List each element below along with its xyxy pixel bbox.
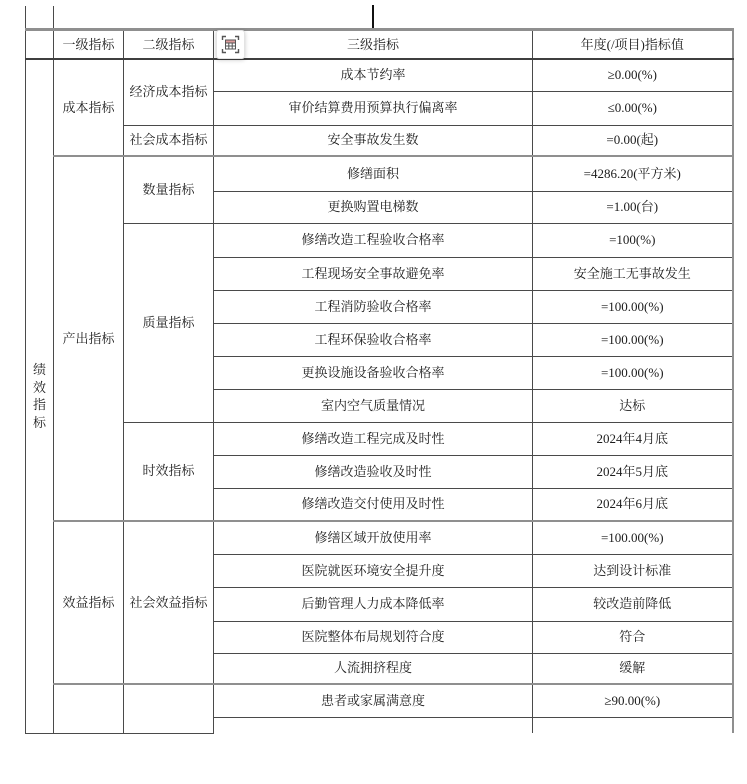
table-select-glyph [221,35,240,54]
table-row: 产出指标 数量指标 修缮面积 =4286.20(平方米) [26,156,733,191]
indicator-cell: 人流拥挤程度 [214,653,533,684]
level1-cell: 成本指标 [54,59,124,156]
indicator-cell: 修缮区域开放使用率 [214,521,533,554]
level1-cell: 产出指标 [54,156,124,521]
value-cell: 达标 [533,389,733,422]
table-select-icon[interactable] [216,30,245,59]
indicator-cell-empty [214,717,533,733]
table-row: 患者或家属满意度 ≥90.00(%) [26,684,733,717]
indicator-cell: 修缮改造工程完成及时性 [214,422,533,455]
level2-cell: 数量指标 [124,156,214,223]
level2-cell [124,684,214,733]
value-cell: 符合 [533,621,733,653]
value-cell: ≤0.00(%) [533,91,733,125]
indicator-cell: 更换购置电梯数 [214,191,533,223]
indicator-cell: 后勤管理人力成本降低率 [214,587,533,621]
header-cell-level1: 一级指标 [54,30,124,60]
value-cell: =100.00(%) [533,323,733,356]
document-page: 一级指标 二级指标 三级指标 年度(/项目)指标值 绩效 指标 成本指标 经济成… [0,0,747,784]
indicator-cell: 修缮面积 [214,156,533,191]
indicator-cell: 患者或家属满意度 [214,684,533,717]
spanning-label-cell: 绩效 指标 [26,59,54,733]
indicator-cell: 修缮改造验收及时性 [214,455,533,488]
value-cell: =100.00(%) [533,356,733,389]
level1-cell [54,684,124,733]
header-cell-level2: 二级指标 [124,30,214,60]
value-cell: 缓解 [533,653,733,684]
value-cell: 2024年5月底 [533,455,733,488]
value-cell: =100(%) [533,223,733,257]
value-cell: =0.00(起) [533,125,733,156]
indicator-cell: 成本节约率 [214,59,533,91]
value-cell: 较改造前降低 [533,587,733,621]
value-cell: 安全施工无事故发生 [533,257,733,290]
indicator-cell: 修缮改造工程验收合格率 [214,223,533,257]
indicator-cell: 工程环保验收合格率 [214,323,533,356]
value-cell: =100.00(%) [533,290,733,323]
value-cell-empty [533,717,733,733]
table-row: 效益指标 社会效益指标 修缮区域开放使用率 =100.00(%) [26,521,733,554]
performance-indicator-table: 一级指标 二级指标 三级指标 年度(/项目)指标值 绩效 指标 成本指标 经济成… [25,28,734,734]
value-cell: 2024年6月底 [533,488,733,521]
indicator-cell: 医院就医环境安全提升度 [214,554,533,587]
indicator-cell: 安全事故发生数 [214,125,533,156]
indicator-cell: 更换设施设备验收合格率 [214,356,533,389]
indicator-cell: 室内空气质量情况 [214,389,533,422]
table-row: 质量指标 修缮改造工程验收合格率 =100(%) [26,223,733,257]
header-cell-value: 年度(/项目)指标值 [533,30,733,60]
level2-cell: 质量指标 [124,223,214,422]
level2-cell: 时效指标 [124,422,214,521]
table-row: 绩效 指标 成本指标 经济成本指标 成本节约率 ≥0.00(%) [26,59,733,91]
header-cell-level3: 三级指标 [214,30,533,60]
level1-cell: 效益指标 [54,521,124,684]
indicator-cell: 医院整体布局规划符合度 [214,621,533,653]
table-continuation-line-left [25,6,26,30]
indicator-cell: 修缮改造交付使用及时性 [214,488,533,521]
table-row: 社会成本指标 安全事故发生数 =0.00(起) [26,125,733,156]
level2-cell: 经济成本指标 [124,59,214,125]
table-continuation-line-right [53,6,54,30]
value-cell: ≥0.00(%) [533,59,733,91]
header-row: 一级指标 二级指标 三级指标 年度(/项目)指标值 [26,30,733,60]
value-cell: =1.00(台) [533,191,733,223]
text-cursor [372,5,374,30]
indicator-cell: 工程消防验收合格率 [214,290,533,323]
value-cell: 达到设计标准 [533,554,733,587]
level2-cell: 社会效益指标 [124,521,214,684]
value-cell: 2024年4月底 [533,422,733,455]
indicator-cell: 工程现场安全事故避免率 [214,257,533,290]
indicator-cell: 审价结算费用预算执行偏离率 [214,91,533,125]
level2-cell: 社会成本指标 [124,125,214,156]
value-cell: =100.00(%) [533,521,733,554]
table-row: 时效指标 修缮改造工程完成及时性 2024年4月底 [26,422,733,455]
value-cell: =4286.20(平方米) [533,156,733,191]
value-cell: ≥90.00(%) [533,684,733,717]
header-cell-empty [26,30,54,60]
